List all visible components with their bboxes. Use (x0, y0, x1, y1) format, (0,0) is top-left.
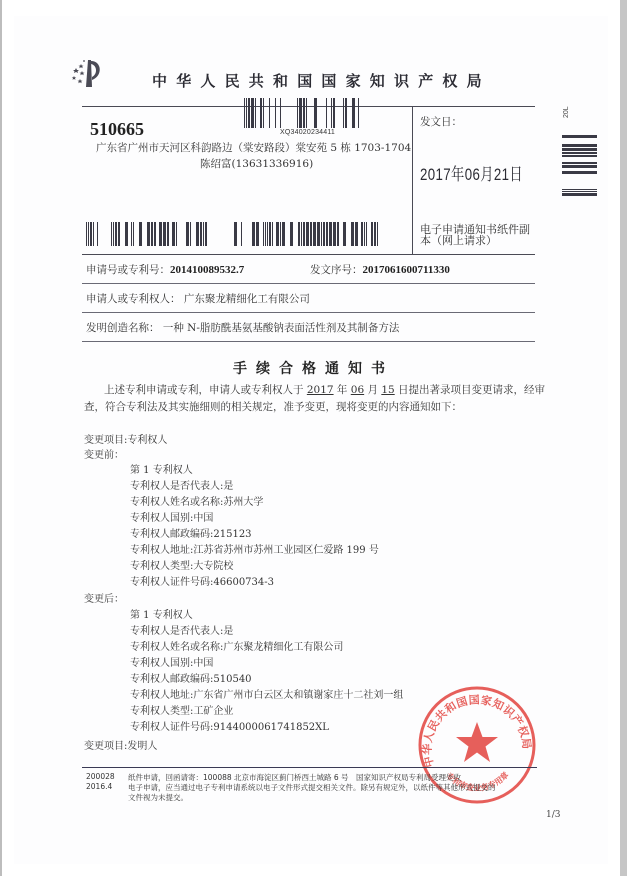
row-rule (82, 312, 535, 313)
change-item-inventor: 变更项目:发明人 (84, 737, 157, 752)
form-code: 200028 (86, 772, 115, 781)
footer-rule (82, 767, 537, 768)
request-year: 2017 (307, 384, 334, 396)
change-detail-line: 第 1 专利权人 (130, 461, 193, 476)
application-number-label: 申请号或专利号： (86, 264, 170, 276)
header-divider (412, 106, 413, 255)
change-detail-line: 专利权人是否代表人:是 (130, 622, 233, 637)
issue-date: 2017年06月21日 (420, 160, 523, 185)
para-text: 上述专利申请或专利，申请人或专利权人于 (104, 384, 307, 396)
change-detail-line: 专利权人证件号码:9144000061741852XL (130, 718, 329, 733)
vertical-barcode (562, 135, 597, 199)
change-detail-line: 专利权人类型:大专院校 (130, 557, 233, 572)
serial-number-label: 发文序号： (310, 264, 363, 276)
serial-number-value: 2017061600711330 (363, 264, 450, 276)
row-rule (82, 341, 535, 342)
change-detail-line: 专利权人国别:中国 (130, 654, 213, 669)
page-number: 1/3 (546, 810, 560, 820)
cnipa-logo-icon (70, 56, 104, 90)
change-detail-line: 专利权人邮政编码:510540 (130, 670, 252, 685)
para-text: 月 (364, 384, 381, 396)
barcode-left (86, 222, 208, 246)
issue-date-label: 发文日： (420, 114, 462, 129)
change-detail-line: 专利权人地址:广东省广州市白云区太和镇谢家庄十二社刘一组 (130, 686, 403, 701)
copy-note: 电子申请通知书纸件副本（网上请求） (420, 224, 540, 246)
change-detail-line: 专利权人类型:工矿企业 (130, 702, 233, 717)
application-number: 申请号或专利号：201410089532.7 (86, 262, 244, 277)
barcode-code: XQ34020234411 (280, 129, 335, 136)
recipient-block-rule (82, 254, 535, 255)
application-number-value: 201410089532.7 (170, 264, 244, 276)
invention-title-value: 一种 N-脂肪酰基氨基酸钠表面活性剂及其制备方法 (163, 322, 400, 334)
agency-name: 中华人民共和国国家知识产权局 (152, 70, 491, 91)
applicant: 申请人或专利权人： 广东聚龙精细化工有限公司 (86, 291, 310, 306)
recipient-postcode: 510665 (90, 119, 144, 140)
recipient-contact: 陈绍富(13631336916) (200, 156, 313, 171)
change-detail-line: 专利权人邮政编码:215123 (130, 525, 252, 540)
side-code: 20L (563, 106, 570, 118)
change-detail-line: 专利权人国别:中国 (130, 509, 213, 524)
invention-title-label: 发明创造名称： (86, 322, 160, 334)
form-date: 2016.4 (86, 782, 112, 791)
para-text: 年 (334, 384, 351, 396)
change-item-patentee: 变更项目:专利权人 (84, 431, 167, 446)
seal-star-icon (456, 722, 498, 762)
serial-number: 发文序号：2017061600711330 (310, 262, 450, 277)
applicant-value: 广东聚龙精细化工有限公司 (184, 293, 310, 305)
row-rule (82, 283, 535, 284)
change-detail-line: 专利权人证件号码:46600734-3 (130, 573, 274, 588)
change-detail-line: 专利权人地址:江苏省苏州市苏州工业园区仁爱路 199 号 (130, 541, 379, 556)
notice-title: 手续合格通知书 (0, 358, 627, 378)
change-detail-line: 专利权人是否代表人:是 (130, 477, 233, 492)
mail-barcode (244, 98, 366, 128)
change-detail-line: 专利权人姓名或名称:广东聚龙精细化工有限公司 (130, 638, 343, 653)
scan-edge-right (620, 0, 627, 876)
scan-edge-left (0, 0, 2, 876)
invention-title: 发明创造名称： 一种 N-脂肪酰基氨基酸钠表面活性剂及其制备方法 (86, 320, 399, 335)
request-day: 15 (381, 384, 394, 396)
after-label: 变更后： (84, 590, 124, 605)
recipient-address: 广东省广州市天河区科韵路边（棠安路段）棠安苑 5 栋 1703-1704 (96, 140, 411, 155)
barcode-right (234, 222, 386, 246)
change-detail-line: 专利权人姓名或名称:苏州大学 (130, 493, 263, 508)
applicant-label: 申请人或专利权人： (86, 293, 181, 305)
request-month: 06 (351, 384, 364, 396)
notice-paragraph: 上述专利申请或专利，申请人或专利权人于 2017 年 06 月 15 日提出著录… (84, 382, 554, 416)
before-label: 变更前： (84, 446, 124, 461)
footer-electronic-note-cont: 文件视为未提交。 (128, 792, 188, 803)
change-detail-line: 第 1 专利权人 (130, 606, 193, 621)
